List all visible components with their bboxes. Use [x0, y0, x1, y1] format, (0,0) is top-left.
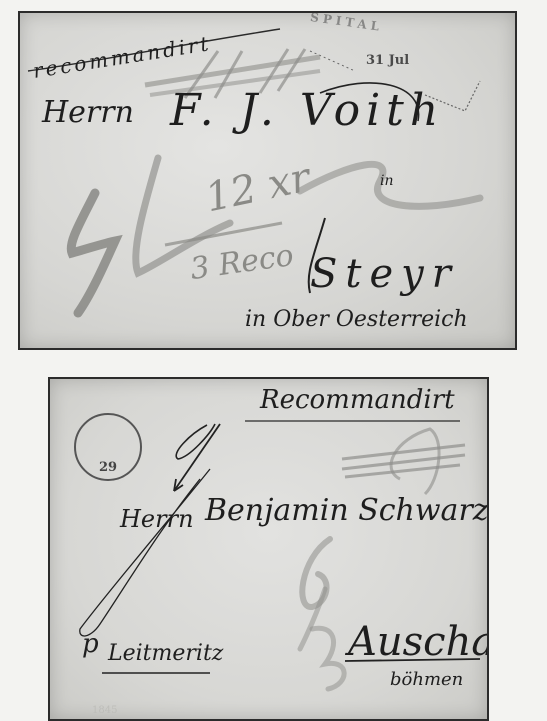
destination-region: böhmen [390, 669, 463, 690]
addressee-name: F. J. Voith [170, 85, 444, 136]
via-prefix: p [82, 629, 99, 659]
salutation: Herrn [42, 95, 134, 130]
adjacent-page-text [489, 380, 547, 710]
recommandirt-note: Recommandirt [260, 385, 455, 415]
circular-postmark: 29 [74, 413, 142, 481]
cover-image-1: recommandirt SPITAL 31 Jul Herrn F. J. V… [18, 11, 517, 350]
caption-fragment: 1845 [92, 705, 117, 716]
via-city: Leitmeritz [108, 641, 223, 666]
postmark-date: 29 [99, 460, 117, 475]
cover-image-2: Recommandirt 29 Herrn Benjamin Schwarz p… [48, 377, 489, 721]
postmark-date: 31 Jul [366, 53, 409, 68]
destination-prefix: in [380, 173, 394, 189]
destination-city: Auscha [348, 619, 489, 665]
addressee-name: Benjamin Schwarz [205, 493, 489, 528]
destination-city: Steyr [310, 251, 459, 297]
destination-region: in Ober Oesterreich [245, 307, 468, 332]
salutation: Herrn [120, 505, 194, 533]
